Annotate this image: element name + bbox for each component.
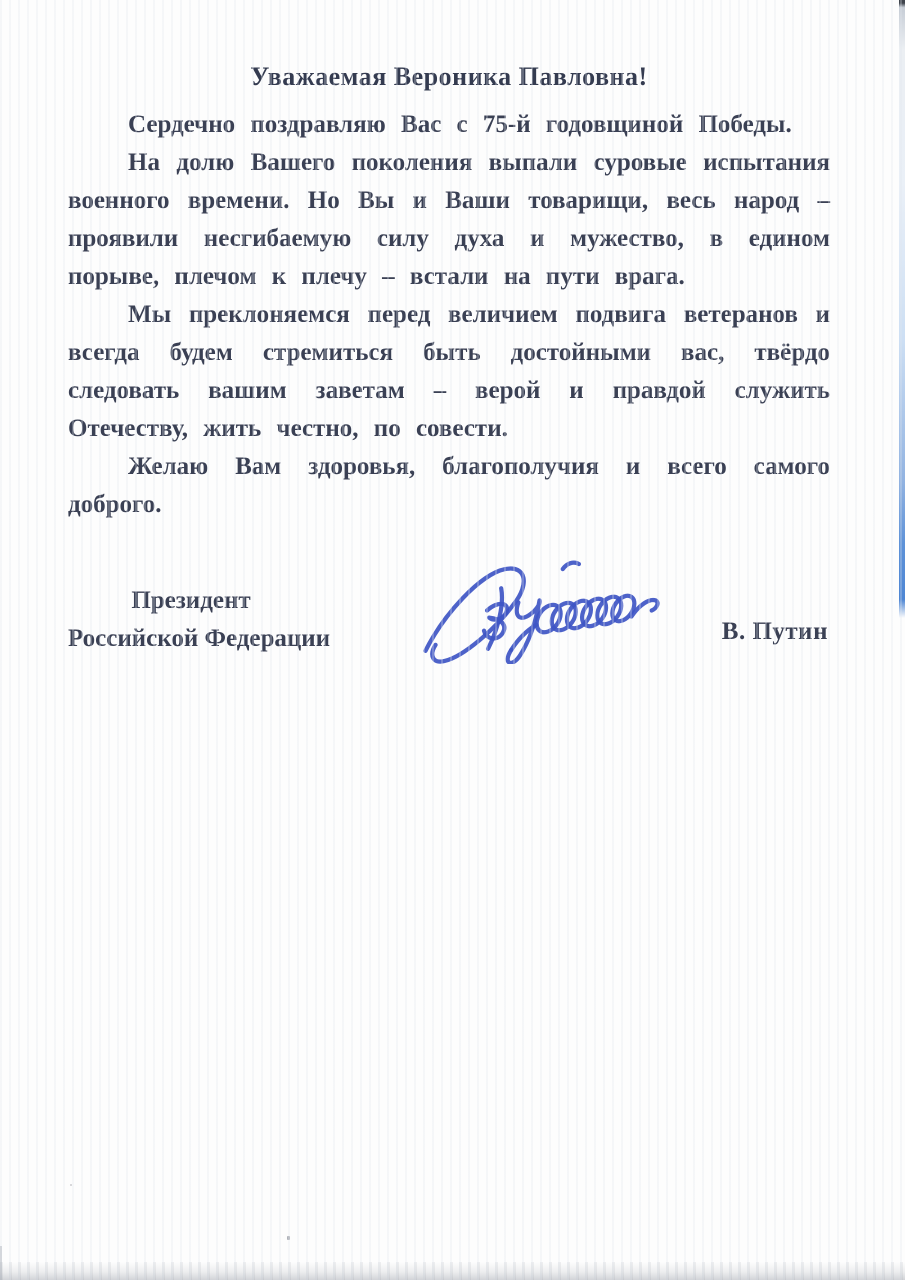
paragraph-wishes: Желаю Вам здоровья, благополучия и всего… (68, 448, 830, 524)
handwritten-signature-icon (408, 558, 663, 664)
dust-speck (70, 1184, 72, 1186)
scan-left-edge-mark (0, 1246, 2, 1280)
paragraph-greeting: Сердечно поздравляю Вас с 75-й годовщино… (68, 106, 830, 144)
sender-role: Президент Российской Федерации (68, 582, 314, 658)
dust-speck (287, 1236, 290, 1240)
scanned-letter-page: Уважаемая Вероника Павловна! Сердечно по… (0, 0, 905, 1280)
signatory-name: В. Путин (722, 618, 828, 646)
scan-right-edge-artifact (899, 0, 905, 618)
scan-bottom-edge-artifact (0, 1262, 905, 1280)
paragraph-body-1: На долю Вашего поколения выпали суровые … (68, 144, 830, 296)
paragraph-body-2: Мы преклоняемся перед величием подвига в… (68, 296, 830, 448)
sender-role-line2: Российской Федерации (68, 620, 314, 658)
salutation-heading: Уважаемая Вероника Павловна! (68, 62, 830, 92)
signature-block: Президент Российской Федерации (68, 582, 830, 700)
sender-role-line1: Президент (68, 582, 314, 620)
